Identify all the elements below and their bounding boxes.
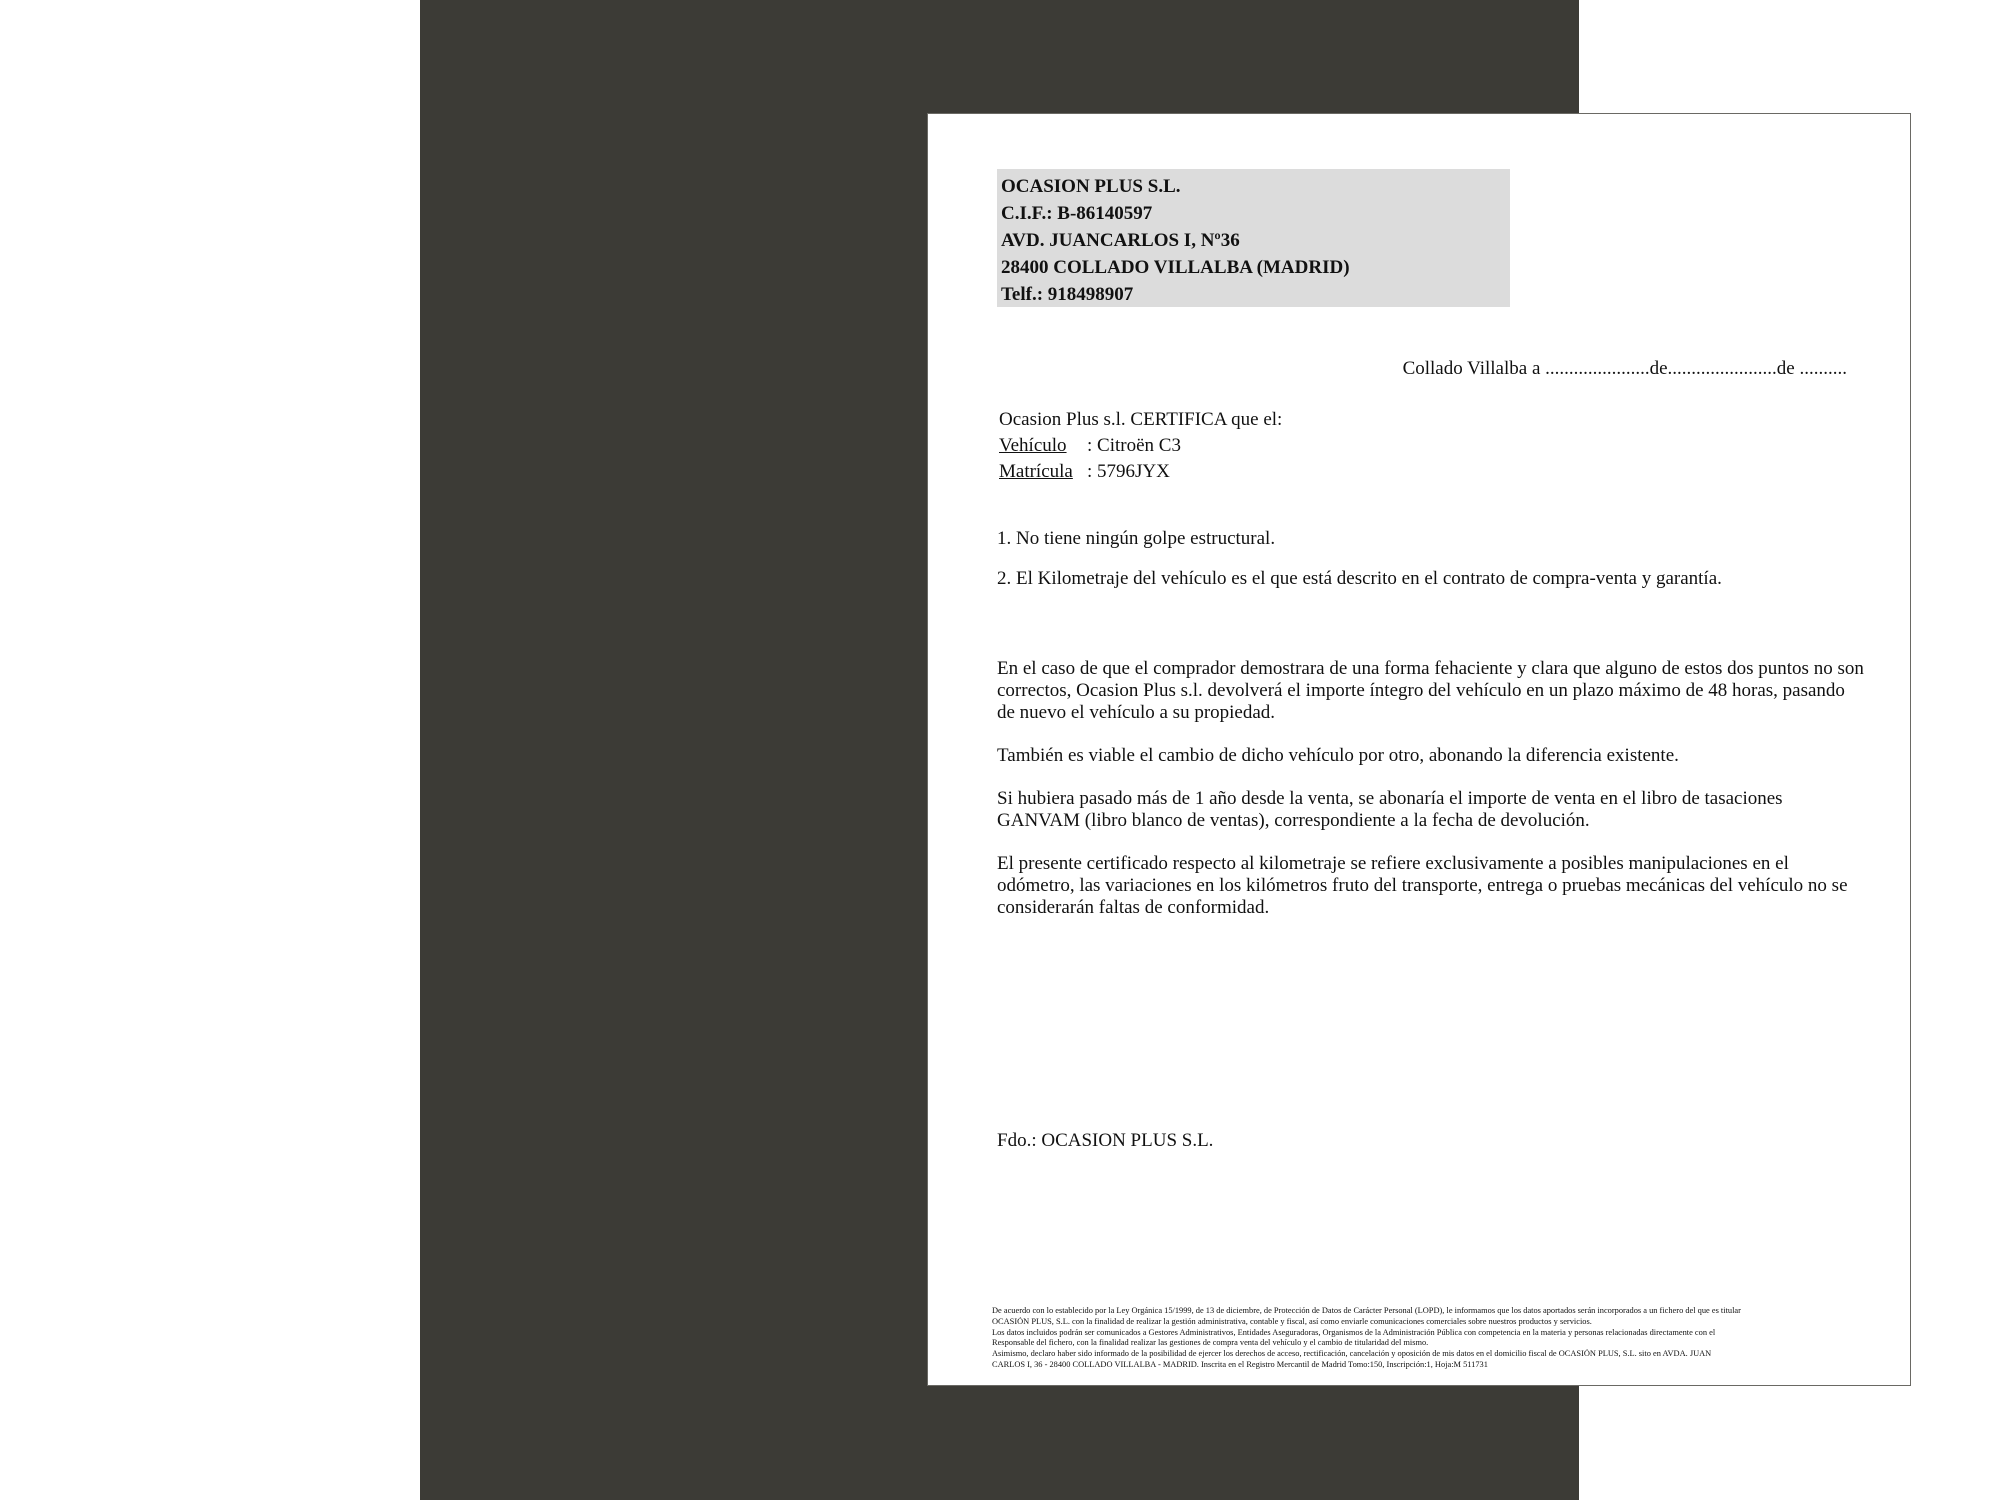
vehicle-row: Vehículo: Citroën C3 [999,433,1282,459]
paragraph: Si hubiera pasado más de 1 año desde la … [997,788,1867,832]
certification-block: Ocasion Plus s.l. CERTIFICA que el: Vehí… [999,407,1282,485]
legal-line: CARLOS I, 36 - 28400 COLLADO VILLALBA - … [992,1360,1862,1371]
legal-line: Responsable del fichero, con la finalida… [992,1338,1862,1349]
certification-intro: Ocasion Plus s.l. CERTIFICA que el: [999,407,1282,433]
company-header-box: OCASION PLUS S.L. C.I.F.: B-86140597 AVD… [997,169,1510,307]
company-phone: Telf.: 918498907 [1001,281,1510,308]
legal-line: De acuerdo con lo establecido por la Ley… [992,1306,1862,1317]
point-item: 2. El Kilometraje del vehículo es el que… [997,568,1722,590]
legal-notice: De acuerdo con lo establecido por la Ley… [992,1306,1862,1371]
company-cif: C.I.F.: B-86140597 [1001,200,1510,227]
legal-line: Asimismo, declaro haber sido informado d… [992,1349,1862,1360]
vehicle-label: Vehículo [999,433,1087,459]
vehicle-value: : Citroën C3 [1087,435,1181,456]
legal-line: OCASIÓN PLUS, S.L. con la finalidad de r… [992,1317,1862,1328]
plate-row: Matrícula: 5796JYX [999,459,1282,485]
document-page: OCASION PLUS S.L. C.I.F.: B-86140597 AVD… [928,114,1910,1385]
plate-value: : 5796JYX [1087,461,1170,482]
company-name: OCASION PLUS S.L. [1001,173,1510,200]
document-viewer: OCASION PLUS S.L. C.I.F.: B-86140597 AVD… [420,0,1579,1500]
company-address: AVD. JUANCARLOS I, Nº36 [1001,227,1510,254]
point-item: 1. No tiene ningún golpe estructural. [997,528,1722,550]
conditions-text: En el caso de que el comprador demostrar… [997,658,1867,940]
company-city: 28400 COLLADO VILLALBA (MADRID) [1001,254,1510,281]
signature-line: Fdo.: OCASION PLUS S.L. [997,1130,1213,1152]
legal-line: Los datos incluidos podrán ser comunicad… [992,1328,1862,1339]
certified-points: 1. No tiene ningún golpe estructural. 2.… [997,528,1722,608]
paragraph: También es viable el cambio de dicho veh… [997,745,1867,767]
paragraph: El presente certificado respecto al kilo… [997,853,1867,919]
date-line: Collado Villalba a .....................… [1403,358,1847,380]
paragraph: En el caso de que el comprador demostrar… [997,658,1867,724]
plate-label: Matrícula [999,459,1087,485]
